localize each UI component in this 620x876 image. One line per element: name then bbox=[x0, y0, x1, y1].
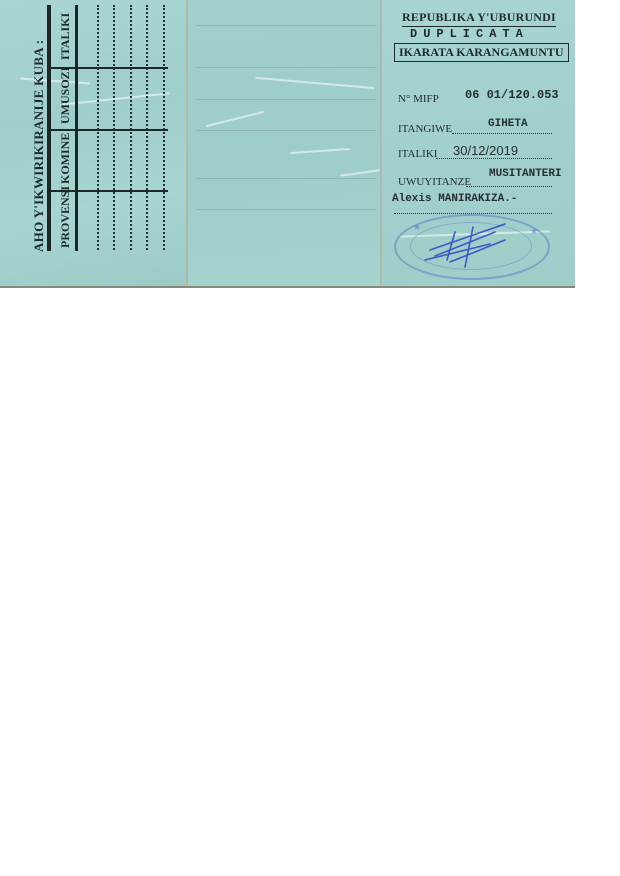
ruled-line bbox=[196, 209, 376, 210]
mifp-value: 06 01/120.053 bbox=[465, 88, 559, 102]
table-row-line bbox=[97, 5, 99, 250]
table-row-line bbox=[130, 5, 132, 250]
date-value: 30/12/2019 bbox=[453, 143, 518, 158]
field-dotted-line bbox=[466, 186, 552, 187]
signature-icon: ★ ★ bbox=[395, 212, 555, 282]
field-dotted-line bbox=[436, 158, 552, 159]
svg-text:★: ★ bbox=[530, 227, 538, 237]
column-divider bbox=[48, 129, 168, 131]
mifp-label: N° MIFP bbox=[398, 93, 439, 105]
table-row-line bbox=[146, 5, 148, 250]
table-row-line bbox=[113, 5, 115, 250]
signatory-title: MUSITANTERI bbox=[489, 168, 562, 180]
ruled-line bbox=[196, 130, 376, 131]
fold-line bbox=[186, 0, 188, 286]
table-row-line bbox=[163, 5, 165, 250]
ruled-line bbox=[196, 178, 376, 179]
country-title: REPUBLIKA Y'UBURUNDI bbox=[402, 10, 556, 27]
signatory-label: UWUYITANZE bbox=[398, 176, 471, 188]
left-panel bbox=[0, 0, 187, 286]
duplicate-label: DUPLICATA bbox=[410, 27, 529, 41]
ruled-line bbox=[196, 25, 376, 26]
ruled-line bbox=[196, 67, 376, 68]
table-heading: AHO Y'IKWIRIKIRANIJE KUBA : bbox=[31, 40, 47, 252]
table-border bbox=[47, 5, 51, 251]
middle-panel bbox=[188, 0, 381, 286]
fold-line bbox=[380, 0, 382, 286]
field-dotted-line bbox=[452, 133, 552, 134]
id-card: AHO Y'IKWIRIKIRANIJE KUBA : PROVENSI KOM… bbox=[0, 0, 575, 288]
date-label: ITALIKI bbox=[398, 148, 437, 160]
issued-at-value: GIHETA bbox=[488, 118, 528, 130]
signatory-name: Alexis MANIRAKIZA.- bbox=[392, 193, 517, 205]
svg-text:★: ★ bbox=[413, 223, 421, 233]
issued-at-label: ITANGIWE bbox=[398, 123, 452, 135]
table-header-divider bbox=[75, 5, 78, 251]
column-header-italiki: ITALIKI bbox=[58, 13, 73, 60]
column-header-komine: KOMINE bbox=[58, 133, 73, 184]
ruled-line bbox=[196, 99, 376, 100]
column-header-umusozi: UMUSOZI bbox=[58, 67, 73, 124]
column-header-provensi: PROVENSI bbox=[58, 186, 73, 248]
card-title: IKARATA KARANGAMUNTU bbox=[394, 43, 569, 62]
